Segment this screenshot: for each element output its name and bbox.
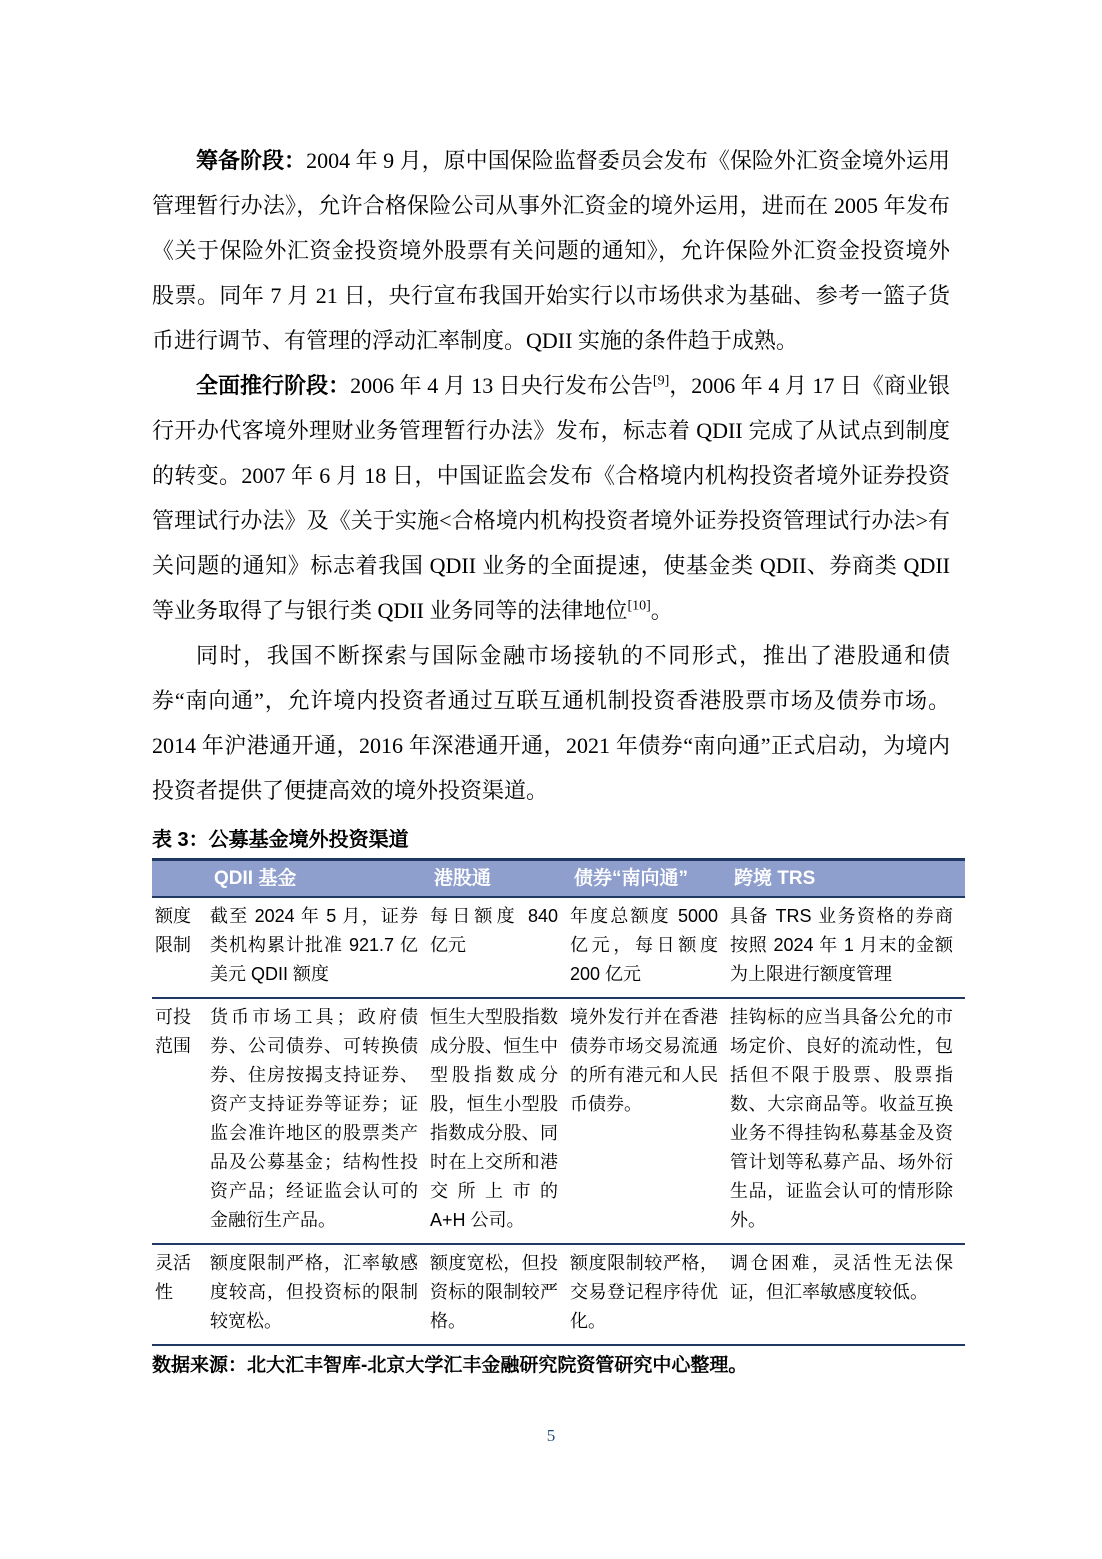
cell-quota-qdii: 截至 2024 年 5 月，证券类机构累计批准 921.7 亿美元 QDII 额…: [210, 897, 430, 998]
cell-flexibility-qdii: 额度限制严格，汇率敏感度较高，但投资标的限制较宽松。: [210, 1244, 430, 1345]
header-cell-cross-border-trs: 跨境 TRS: [730, 860, 965, 898]
cell-quota-trs: 具备 TRS 业务资格的券商按照 2024 年 1 月末的金额为上限进行额度管理: [730, 897, 965, 998]
paragraph-full-rollout-stage: 全面推行阶段：2006 年 4 月 13 日央行发布公告[9]，2006 年 4…: [152, 363, 950, 633]
header-cell-empty: [152, 860, 210, 898]
cell-flexibility-hk-connect: 额度宽松，但投资标的限制较严格。: [430, 1244, 570, 1345]
paragraph-lead-rollout: 全面推行阶段：: [196, 373, 350, 398]
table-row-investable-scope: 可投范围 货币市场工具；政府债券、公司债券、可转换债券、住房按揭支持证券、资产支…: [152, 998, 965, 1244]
paragraph-text: 。: [651, 598, 673, 623]
row-label-investable-scope: 可投范围: [152, 998, 210, 1244]
paragraph-text: ，2006 年 4 月 17 日《商业银行开办代客境外理财业务管理暂行办法》发布…: [152, 373, 950, 623]
cell-scope-trs: 挂钩标的应当具备公允的市场定价、良好的流动性，包括但不限于股票、股票指数、大宗商…: [730, 998, 965, 1244]
cell-flexibility-bond-southbound: 额度限制较严格，交易登记程序待优化。: [570, 1244, 730, 1345]
table-row-quota-limit: 额度限制 截至 2024 年 5 月，证券类机构累计批准 921.7 亿美元 Q…: [152, 897, 965, 998]
row-label-quota-limit: 额度限制: [152, 897, 210, 998]
paragraph-connect-programs: 同时，我国不断探索与国际金融市场接轨的不同形式，推出了港股通和债券“南向通”，允…: [152, 633, 950, 813]
paragraph-text: 2006 年 4 月 13 日央行发布公告: [350, 373, 653, 398]
cell-quota-bond-southbound: 年度总额度 5000 亿元，每日额度 200 亿元: [570, 897, 730, 998]
footnote-ref-10: [10]: [627, 599, 650, 614]
table-title: 表 3：公募基金境外投资渠道: [152, 827, 965, 853]
footnote-ref-9: [9]: [653, 374, 669, 389]
header-cell-bond-southbound: 债券“南向通”: [570, 860, 730, 898]
table-header-row: QDII 基金 港股通 债券“南向通” 跨境 TRS: [152, 860, 965, 898]
paragraph-text: 同时，我国不断探索与国际金融市场接轨的不同形式，推出了港股通和债券“南向通”，允…: [152, 643, 950, 803]
page-content: 筹备阶段：2004 年 9 月，原中国保险监督委员会发布《保险外汇资金境外运用管…: [152, 138, 965, 1379]
paragraph-lead-preparation: 筹备阶段：: [196, 148, 306, 173]
overseas-investment-channels-table: QDII 基金 港股通 债券“南向通” 跨境 TRS 额度限制 截至 2024 …: [152, 858, 965, 1346]
paragraph-text: 2004 年 9 月，原中国保险监督委员会发布《保险外汇资金境外运用管理暂行办法…: [152, 148, 950, 353]
header-cell-hk-stock-connect: 港股通: [430, 860, 570, 898]
cell-flexibility-trs: 调仓困难，灵活性无法保证，但汇率敏感度较低。: [730, 1244, 965, 1345]
cell-scope-bond-southbound: 境外发行并在香港债券市场交易流通的所有港元和人民币债券。: [570, 998, 730, 1244]
row-label-flexibility: 灵活性: [152, 1244, 210, 1345]
table-source-note: 数据来源：北大汇丰智库-北京大学汇丰金融研究院资管研究中心整理。: [152, 1353, 965, 1379]
document-page: 筹备阶段：2004 年 9 月，原中国保险监督委员会发布《保险外汇资金境外运用管…: [0, 0, 1102, 1559]
paragraph-preparation-stage: 筹备阶段：2004 年 9 月，原中国保险监督委员会发布《保险外汇资金境外运用管…: [152, 138, 950, 363]
cell-scope-qdii: 货币市场工具；政府债券、公司债券、可转换债券、住房按揭支持证券、资产支持证券等证…: [210, 998, 430, 1244]
cell-scope-hk-connect: 恒生大型股指数成分股、恒生中型股指数成分股，恒生小型股指数成分股、同时在上交所和…: [430, 998, 570, 1244]
cell-quota-hk-connect: 每日额度 840 亿元: [430, 897, 570, 998]
page-number: 5: [0, 1426, 1102, 1446]
table-row-flexibility: 灵活性 额度限制严格，汇率敏感度较高，但投资标的限制较宽松。 额度宽松，但投资标…: [152, 1244, 965, 1345]
header-cell-qdii-fund: QDII 基金: [210, 860, 430, 898]
